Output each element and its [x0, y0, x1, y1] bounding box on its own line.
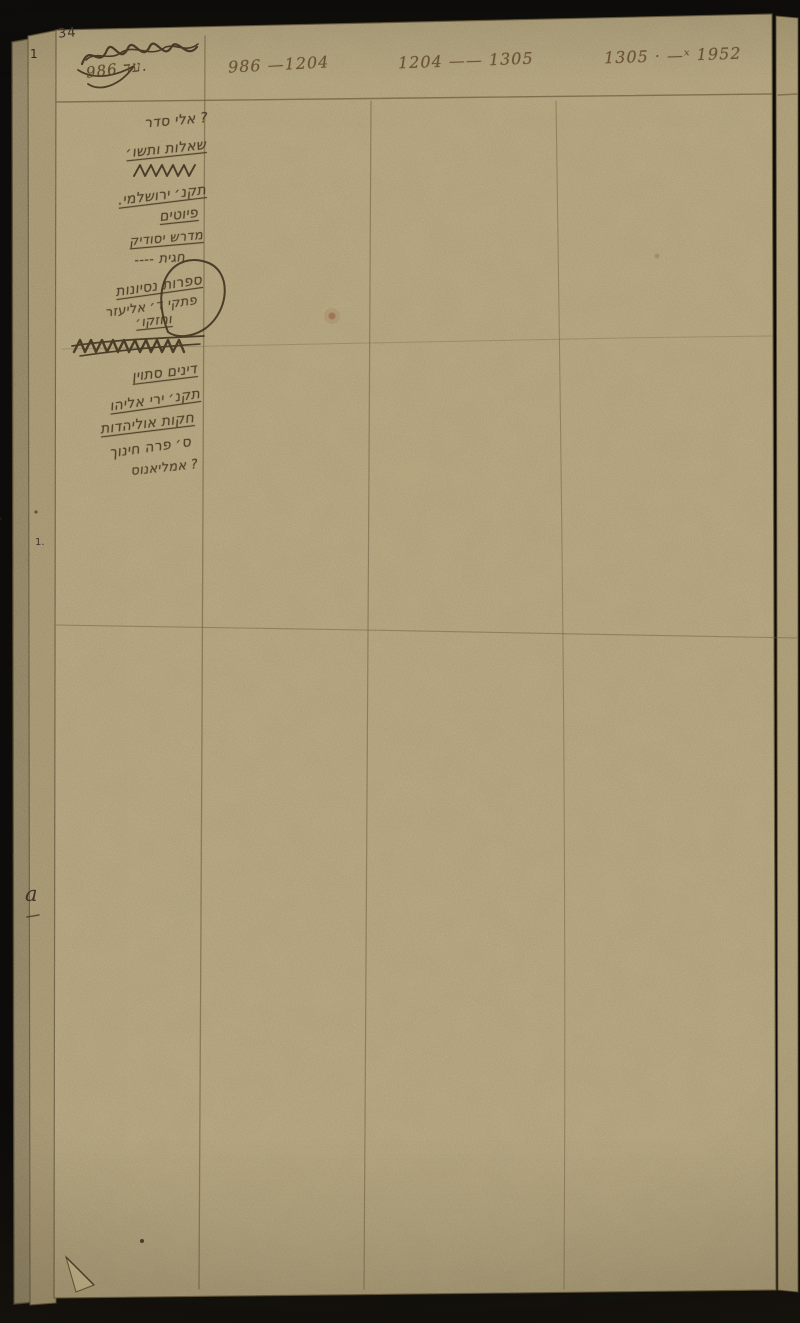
margin-mark-letter-a: a: [25, 882, 38, 906]
scanned-ledger-page: 34 1 1. a עד 986. 986 —1204 1204 —— 1305…: [0, 0, 800, 1323]
margin-mark-top: 1: [30, 47, 38, 61]
margin-mark-middle: 1.: [35, 537, 45, 548]
page-number: 34: [57, 25, 77, 41]
